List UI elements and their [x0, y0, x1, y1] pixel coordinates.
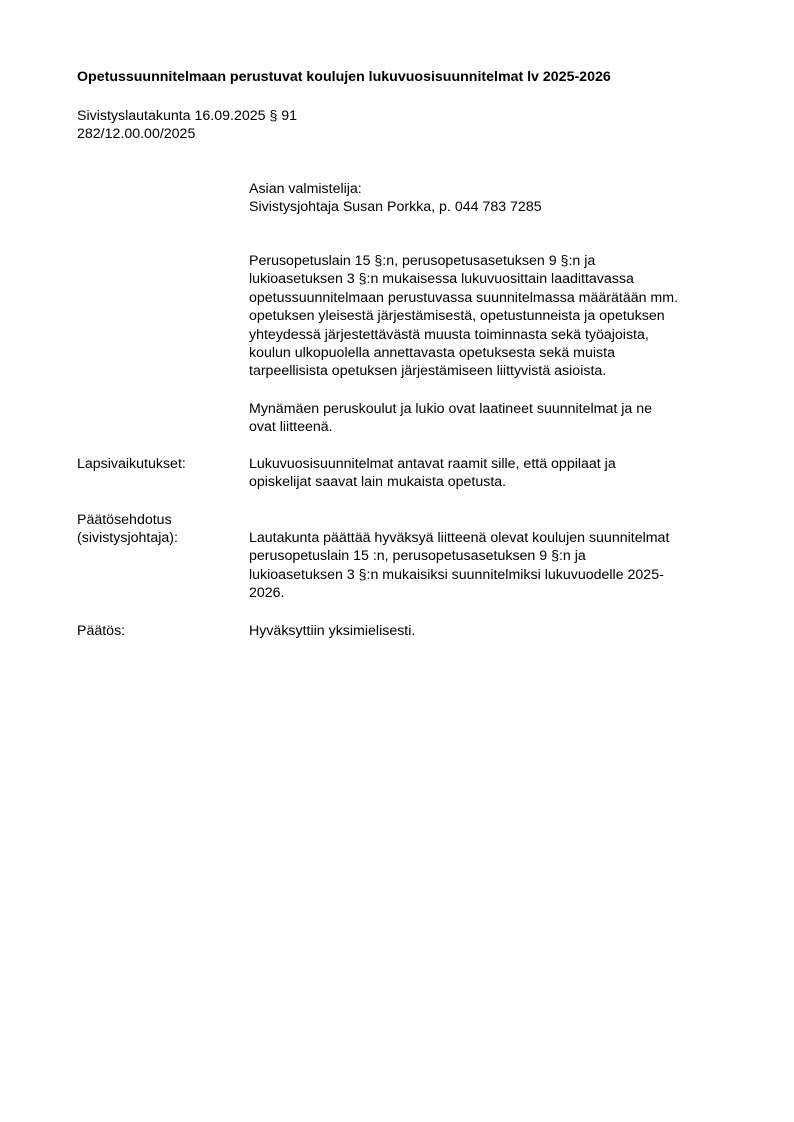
body-paragraph-1: Perusopetuslain 15 §:n, perusopetusasetu…	[249, 252, 678, 381]
paragraph-line: lukioasetuksen 3 §:n mukaisessa lukuvuos…	[249, 270, 678, 288]
document-title: Opetussuunnitelmaan perustuvat koulujen …	[77, 69, 611, 85]
body-paragraph-2: Mynämäen peruskoulut ja lukio ovat laati…	[249, 400, 652, 437]
paragraph-line: yhteydessä järjestettävästä muusta toimi…	[249, 326, 678, 344]
paragraph-line: opetuksen yleisestä järjestämisestä, ope…	[249, 307, 678, 325]
paragraph-line: Mynämäen peruskoulut ja lukio ovat laati…	[249, 400, 652, 418]
paragraph-line: 2026.	[249, 584, 669, 602]
proposal-label-1: Päätösehdotus	[77, 511, 172, 529]
child-impacts-text: Lukuvuosisuunnitelmat antavat raamit sil…	[249, 455, 616, 492]
paragraph-line: Lukuvuosisuunnitelmat antavat raamit sil…	[249, 455, 616, 473]
preparer-label: Asian valmistelija:	[249, 180, 362, 198]
paragraph-line: tarpeellisista opetuksen järjestämiseen …	[249, 362, 678, 380]
proposal-text: Lautakunta päättää hyväksyä liitteenä ol…	[249, 529, 669, 603]
proposal-label-2: (sivistysjohtaja):	[77, 529, 178, 547]
paragraph-line: lukioasetuksen 3 §:n mukaisiksi suunnite…	[249, 566, 669, 584]
preparer-name: Sivistysjohtaja Susan Porkka, p. 044 783…	[249, 198, 542, 216]
paragraph-line: ovat liitteenä.	[249, 418, 652, 436]
paragraph-line: opiskelijat saavat lain mukaista opetust…	[249, 473, 616, 491]
paragraph-line: koulun ulkopuolella annettavasta opetuks…	[249, 344, 678, 362]
paragraph-line: Lautakunta päättää hyväksyä liitteenä ol…	[249, 529, 669, 547]
meeting-line: Sivistyslautakunta 16.09.2025 § 91	[77, 107, 297, 125]
paragraph-line: perusopetuslain 15 :n, perusopetusasetuk…	[249, 547, 669, 565]
paragraph-line: opetussuunnitelmaan perustuvassa suunnit…	[249, 289, 678, 307]
paragraph-line: Perusopetuslain 15 §:n, perusopetusasetu…	[249, 252, 678, 270]
decision-text: Hyväksyttiin yksimielisesti.	[249, 622, 415, 640]
child-impacts-label: Lapsivaikutukset:	[77, 455, 186, 473]
decision-label: Päätös:	[77, 622, 125, 640]
record-number: 282/12.00.00/2025	[77, 125, 195, 143]
